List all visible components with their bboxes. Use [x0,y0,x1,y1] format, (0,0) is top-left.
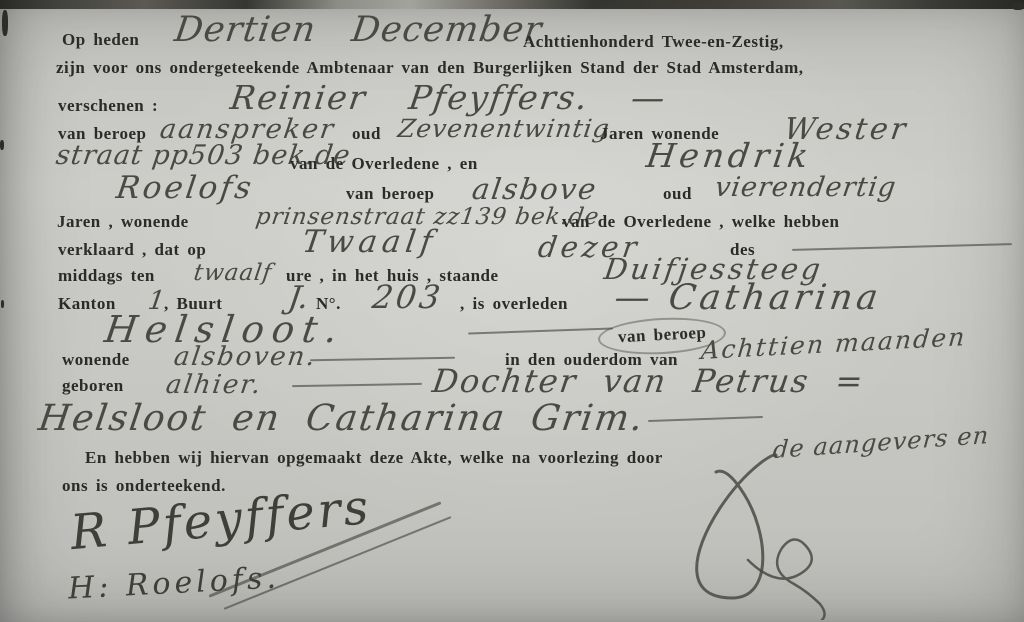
hw-declarant2-age: vierendertig [713,172,898,203]
hw-age-at-death: Achttien maanden [700,322,968,365]
hw-death-hour: twaalf [192,260,274,286]
hw-deceased-firstname: — Catharina [612,278,884,318]
printed-closing-clause: En hebben wij hiervan opgemaakt deze Akt… [85,448,663,468]
printed-op-heden: Op heden [62,30,139,50]
printed-van-de-overledene-2: van de Overledene , welke hebben [562,212,840,232]
pen-flourish [292,383,422,387]
hw-declarant1-age: Zevenentwintig [396,114,612,143]
scanned-death-record: Op heden Dertien December Achttienhonder… [0,0,1024,622]
hw-declarant1-name: Reinier Pfeyffers. — [228,78,669,117]
pen-flourish [648,416,763,422]
printed-is-overleden: , is overleden [460,294,568,314]
registrar-paraph [628,448,928,620]
printed-verschenen: verschenen : [58,96,158,116]
scan-speck [2,10,8,36]
scan-edge-artifact [0,0,1024,9]
hw-birthplace: alhier. [164,370,264,400]
pen-flourish [310,357,455,362]
hw-parentage-1: Dochter van Petrus = [430,362,867,400]
scan-speck [0,140,4,150]
printed-middags-ten: middags ten [58,266,155,286]
pen-flourish [792,243,1012,251]
hw-house-number: 203 [370,278,445,316]
scan-speck [1,300,4,308]
printed-van-beroep-2: van beroep [346,184,434,204]
printed-van-de-overledene-1: van de Overledene , en [290,154,478,174]
printed-jaren-wonende-2: Jaren , wonende [57,212,189,232]
hw-date-day-month: Dertien December [172,10,545,50]
hw-declarant2-occupation: alsbove [470,172,600,206]
hw-declarant2-surname: Roelofs [114,170,256,206]
printed-geboren: geboren [62,376,124,396]
pen-flourish [468,327,613,334]
printed-wonende: wonende [62,350,130,370]
printed-year: Achttienhonderd Twee-en-Zestig, [523,32,784,52]
hw-declarant2-firstname: Hendrik [644,136,814,175]
printed-oud-2: oud [663,184,692,204]
scan-speck [1012,2,1024,10]
hw-parentage-2: Helsloot en Catharina Grim. [36,398,647,439]
hw-death-day: Twaalf [300,224,440,260]
printed-oud-1: oud [352,124,381,144]
printed-registrar-clause: zijn voor ons ondergeteekende Ambtenaar … [56,58,804,78]
hw-deceased-residence: alsboven. [172,342,319,372]
printed-verklaard-dat-op: verklaard , dat op [58,240,206,260]
